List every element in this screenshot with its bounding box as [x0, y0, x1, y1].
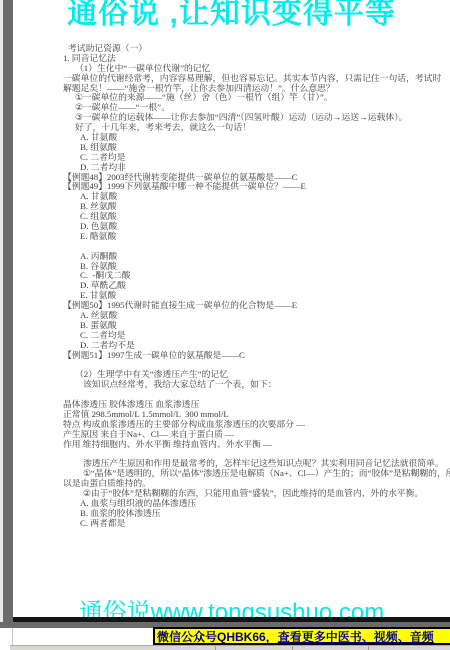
doc-line: C. 两者都是 — [63, 519, 448, 529]
grid-line — [368, 646, 369, 650]
doc-line: 【例题51】1997生成一碳单位的氨基酸是——C — [63, 351, 448, 361]
doc-line: 好了，十几年来，考来考去，就这么一句话！ — [63, 123, 448, 133]
doc-line: 该知识点经常考，我给大家总结了一个表，如下： — [63, 380, 448, 390]
doc-line: 考试助记资源（一） — [63, 44, 448, 54]
doc-line: D. 色氨酸 — [63, 222, 448, 232]
doc-line: A. 甘氨酸 — [63, 133, 448, 143]
top-watermark-text: 通俗说 ,让知识变得平等 — [13, 0, 450, 32]
doc-line: 作用 维持细胞内、外水平衡 维持血管内、外水平衡 — — [63, 440, 448, 450]
document-body: 考试助记资源（一）1. 同音记忆法（1）生化中“一碳单位代谢”的记忆一碳单位的代… — [63, 44, 448, 529]
ad-banner-link[interactable]: 查看更多中医书、视频、音频 — [278, 628, 434, 645]
next-page-table-strip — [10, 645, 450, 650]
next-page-left-edge — [12, 628, 13, 645]
doc-line: B. 丝氨酸 — [63, 202, 448, 212]
grid-line — [215, 646, 216, 650]
doc-line: 【例题49】1999下列氨基酸中哪一种不能提供一碳单位？——E — [63, 182, 448, 192]
doc-line: A. 丝氨酸 — [63, 311, 448, 321]
document-page: 通俗说 ,让知识变得平等 考试助记资源（一）1. 同音记忆法（1）生化中“一碳单… — [13, 0, 450, 617]
document-viewer: 通俗说 ,让知识变得平等 考试助记资源（一）1. 同音记忆法（1）生化中“一碳单… — [0, 0, 450, 650]
doc-line — [63, 242, 448, 252]
doc-line: D. 草酰乙酸 — [63, 281, 448, 291]
doc-line: A. 甘氨酸 — [63, 192, 448, 202]
doc-line: 【例题50】1995代谢时能直接生成一碳单位的化合物是——E — [63, 301, 448, 311]
grid-line — [292, 646, 293, 650]
doc-line: C. 组氨酸 — [63, 212, 448, 222]
wechat-ad-banner[interactable]: 微信公众号QHBK66，查看更多中医书、视频、音频 — [153, 627, 450, 645]
ad-banner-prefix: 微信公众号QHBK66， — [157, 628, 278, 645]
doc-line: A. 丙酮酸 — [63, 252, 448, 262]
doc-line: E. 酪氨酸 — [63, 232, 448, 242]
